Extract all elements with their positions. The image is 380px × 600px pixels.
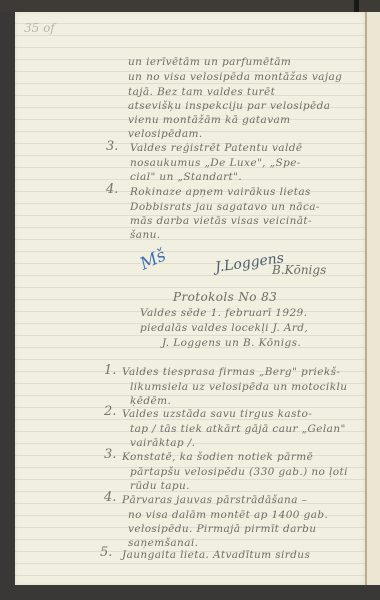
item-number: 4. [106,182,118,197]
item-number: 1. [104,363,116,378]
text-line: Valdes tiesprasa firmas „Berg" priekš- [122,366,340,378]
text-line: Pārvaras jauvas pārstrādāšana – [122,494,307,506]
text-line: vienu montāžām kā gatavam [128,114,291,126]
text-line: un ierīvētām un parfumētām [128,56,291,68]
signature-konigs: B.Kōnigs [272,263,326,277]
text-line: no visa dalām montēt ap 1400 gab. [128,509,328,521]
text-line: mās darba vietās visas veicināt- [130,215,312,227]
scanner-bottom-border [0,585,380,600]
text-line: Dobbisrats jau sagatavo un nāca- [130,201,320,213]
text-line: likumsiela uz velosipēda un motociklu [130,381,347,393]
item-number: 3. [106,139,118,154]
protocol-title: Protokols No 83 [173,290,277,304]
text-line: Valdes reģistrēt Patentu valdē [130,142,302,154]
text-line: atsevišķu inspekciju par velosipēda [128,100,330,112]
protocol-header-line: J. Loggens un B. Kōnigs. [162,337,301,349]
item-number: 4. [104,490,116,505]
text-line: Jaungaita lieta. Atvadītum sirdus [122,549,310,561]
text-line: velosipēdu. Pirmajā pirmīt darbu [128,523,316,535]
text-line: saņemšanai. [128,537,198,549]
text-line: rūdu tapu. [130,480,190,492]
text-line: un no visa velosipēda montāžas vajag [128,71,342,83]
text-line: velosipēdam. [128,128,203,140]
item-number: 3. [104,447,116,462]
text-line: vairāktap /. [130,437,195,449]
text-line: pārtapšu velosipēdu (330 gab.) no ļoti [130,466,348,478]
text-line: Valdes uzstāda savu tirgus kasto- [122,408,312,420]
text-line: nosaukumus „De Luxe", „Spe- [130,157,301,169]
text-line: Konstatē, ka šodien notiek pārmē [122,451,313,463]
text-line: tajā. Bez tam valdes turēt [128,86,275,98]
protocol-header-line: piedalās valdes locekļi J. Ard, [140,322,308,334]
text-line: cial" un „Standart". [130,171,242,183]
item-number: 5. [100,545,112,560]
text-line: Rokinaze apņem vairākus lietas [130,186,311,198]
folio-number: 35 of [24,21,55,35]
scanner-top-border [0,0,380,12]
item-number: 2. [104,404,116,419]
text-line: tap / tās tiek atkārt gājā caur „Gelan" [130,423,346,435]
protocol-header-line: Valdes sēde 1. februarī 1929. [140,307,307,319]
text-line: ķēdēm. [130,395,171,407]
text-line: šanu. [130,229,161,241]
right-page-edge [365,12,380,585]
